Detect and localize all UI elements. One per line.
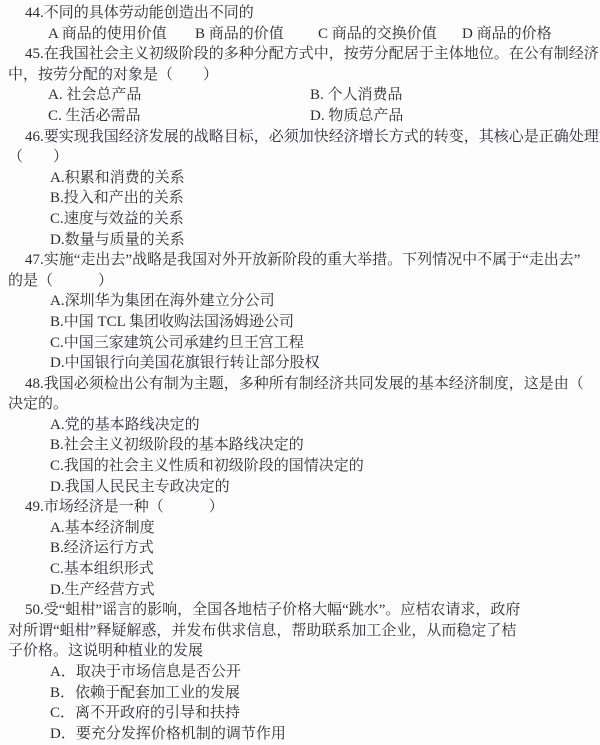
question-48: 48.我国必须检出公有制为主题，多种所有制经济共同发展的基本经济制度，这是由（ … xyxy=(0,374,600,498)
option-a: A 商品的使用价值 xyxy=(48,24,195,45)
question-49: 49.市场经济是一种（ ） A.基本经济制度 B.经济运行方式 C.基本组织形式… xyxy=(0,497,600,600)
question-46: 46.要实现我国经济发展的战略目标，必须加快经济增长方式的转变，其核心是正确处理… xyxy=(0,127,600,251)
option-c: C. 生活必需品 xyxy=(48,106,310,127)
question-45: 45.在我国社会主义初级阶段的多种分配方式中，按劳分配居于主体地位。在公有制经济… xyxy=(0,44,600,126)
question-47-options: A.深圳华为集团在海外建立分公司 B.中国 TCL 集团收购法国汤姆逊公司 C.… xyxy=(0,291,600,373)
option-d: D.生产经营方式 xyxy=(0,580,600,601)
question-44: 44.不同的具体劳动能创造出不同的 A 商品的使用价值 B 商品的价值 C 商品… xyxy=(0,3,600,44)
question-46-stem-line-1: 46.要实现我国经济发展的战略目标，必须加快经济增长方式的转变，其核心是正确处理… xyxy=(0,127,600,148)
option-b: B. 个人消费品 xyxy=(310,85,600,106)
question-48-stem-line-2: 决定的。 xyxy=(0,394,600,415)
option-b: B 商品的价值 xyxy=(195,24,318,45)
option-d: D.中国银行向美国花旗银行转让部分股权 xyxy=(0,353,600,374)
option-a: A.积累和消费的关系 xyxy=(0,168,600,189)
question-50: 50.受“蛆柑”谣言的影响，全国各地桔子价格大幅“跳水”。应桔农请求，政府 对所… xyxy=(0,600,600,744)
option-b: B.中国 TCL 集团收购法国汤姆逊公司 xyxy=(0,312,600,333)
question-45-stem-line-1: 45.在我国社会主义初级阶段的多种分配方式中，按劳分配居于主体地位。在公有制经济 xyxy=(0,44,600,65)
question-47: 47.实施“走出去”战略是我国对外开放新阶段的重大举措。下列情况中不属于“走出去… xyxy=(0,250,600,374)
question-50-stem-line-1: 50.受“蛆柑”谣言的影响，全国各地桔子价格大幅“跳水”。应桔农请求，政府 xyxy=(0,600,600,621)
option-c: C.中国三家建筑公司承建约旦王宫工程 xyxy=(0,333,600,354)
exam-document-page: 44.不同的具体劳动能创造出不同的 A 商品的使用价值 B 商品的价值 C 商品… xyxy=(0,0,600,745)
option-c: C.基本组织形式 xyxy=(0,559,600,580)
option-b: B.经济运行方式 xyxy=(0,538,600,559)
question-50-stem-line-2: 对所谓“蛆柑”释疑解惑，并发布供求信息，帮助联系加工企业，从而稳定了桔 xyxy=(0,621,600,642)
option-b: B.社会主义初级阶段的基本路线决定的 xyxy=(0,435,600,456)
question-48-stem-line-1: 48.我国必须检出公有制为主题，多种所有制经济共同发展的基本经济制度，这是由（ … xyxy=(0,374,600,395)
option-a: A.深圳华为集团在海外建立分公司 xyxy=(0,291,600,312)
question-46-stem-line-2: （ ） xyxy=(0,147,600,168)
question-47-stem-line-2: 的是（ ） xyxy=(0,271,600,292)
option-a: A．取决于市场信息是否公开 xyxy=(0,662,600,683)
option-d: D 商品的价格 xyxy=(462,24,552,45)
question-44-options: A 商品的使用价值 B 商品的价值 C 商品的交换价值 D 商品的价格 xyxy=(0,24,600,45)
question-49-options: A.基本经济制度 B.经济运行方式 C.基本组织形式 D.生产经营方式 xyxy=(0,518,600,600)
question-44-stem: 44.不同的具体劳动能创造出不同的 xyxy=(0,3,600,24)
option-c: C．离不开政府的引导和扶持 xyxy=(0,703,600,724)
option-c: C.我国的社会主义性质和初级阶段的国情决定的 xyxy=(0,456,600,477)
option-d: D.我国人民民主专政决定的 xyxy=(0,477,600,498)
option-b: B．依赖于配套加工业的发展 xyxy=(0,683,600,704)
question-50-stem-line-3: 子价格。这说明种植业的发展 xyxy=(0,641,600,662)
option-c: C 商品的交换价值 xyxy=(318,24,462,45)
question-47-stem-line-1: 47.实施“走出去”战略是我国对外开放新阶段的重大举措。下列情况中不属于“走出去… xyxy=(0,250,600,271)
question-50-options: A．取决于市场信息是否公开 B．依赖于配套加工业的发展 C．离不开政府的引导和扶… xyxy=(0,662,600,744)
option-c: C.速度与效益的关系 xyxy=(0,209,600,230)
option-b: B.投入和产出的关系 xyxy=(0,188,600,209)
question-46-options: A.积累和消费的关系 B.投入和产出的关系 C.速度与效益的关系 D.数量与质量… xyxy=(0,168,600,250)
option-a: A. 社会总产品 xyxy=(48,85,310,106)
question-45-stem-line-2: 中，按劳分配的对象是（ ） xyxy=(0,65,600,86)
option-d: D. 物质总产品 xyxy=(310,106,600,127)
question-48-options: A.党的基本路线决定的 B.社会主义初级阶段的基本路线决定的 C.我国的社会主义… xyxy=(0,415,600,497)
option-d: D．要充分发挥价格机制的调节作用 xyxy=(0,724,600,745)
question-49-stem: 49.市场经济是一种（ ） xyxy=(0,497,600,518)
question-45-options: A. 社会总产品 B. 个人消费品 C. 生活必需品 D. 物质总产品 xyxy=(48,85,600,126)
option-a: A.党的基本路线决定的 xyxy=(0,415,600,436)
option-a: A.基本经济制度 xyxy=(0,518,600,539)
option-d: D.数量与质量的关系 xyxy=(0,230,600,251)
